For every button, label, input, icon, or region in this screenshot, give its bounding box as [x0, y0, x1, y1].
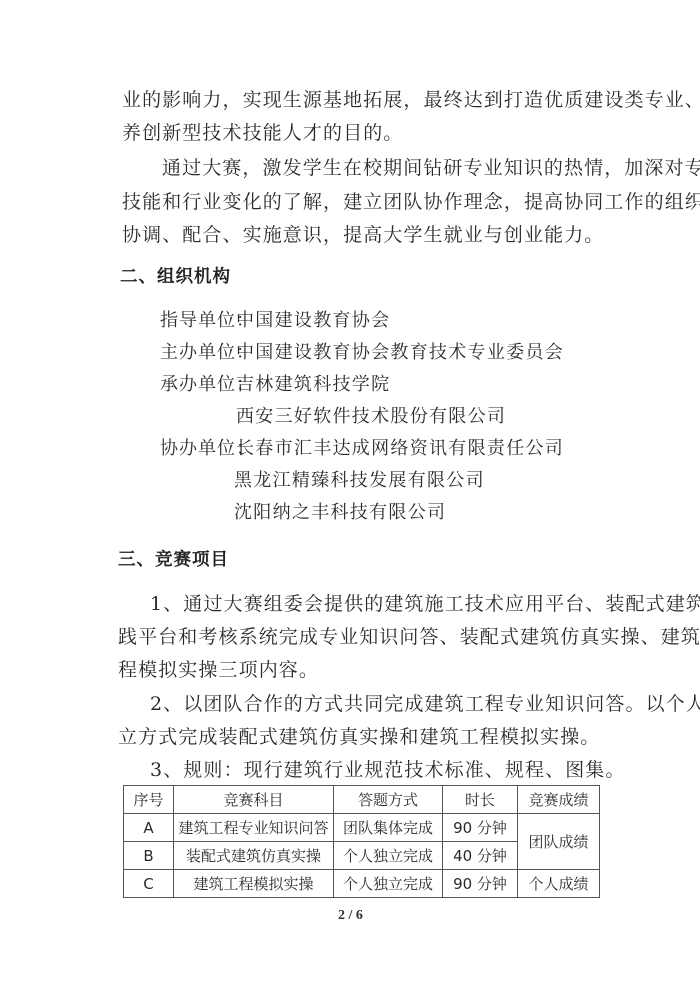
org-value-host: 中国建设教育协会教育技术专业委员会	[236, 341, 564, 365]
body-text-line: 协调、配合、实施意识，提高大学生就业与创业能力。	[122, 223, 604, 247]
org-value-co-organizer: 黑龙江精臻科技发展有限公司	[234, 469, 485, 493]
header-cell-subject: 竞赛科目	[174, 786, 334, 814]
header-cell-duration: 时长	[443, 786, 518, 814]
header-cell-score: 竞赛成绩	[518, 786, 600, 814]
body-text-line: 技能和行业变化的了解，建立团队协作理念，提高协同工作的组织、	[122, 190, 700, 214]
cell-subject: 建筑工程模拟实操	[174, 870, 334, 898]
org-value-organizer: 西安三好软件技术股份有限公司	[236, 405, 506, 429]
cell-score-merged: 团队成绩	[518, 814, 600, 870]
header-cell-index: 序号	[124, 786, 174, 814]
cell-duration: 90 分钟	[443, 814, 518, 842]
org-value-co-organizer: 长春市汇丰达成网络资讯有限责任公司	[236, 437, 564, 461]
page-number: 2 / 6	[338, 908, 363, 924]
body-text-line: 3、规则：现行建筑行业规范技术标准、规程、图集。	[150, 758, 626, 782]
cell-mode: 团队集体完成	[334, 814, 443, 842]
table-header-row: 序号 竞赛科目 答题方式 时长 竞赛成绩	[124, 786, 600, 814]
org-value-co-organizer: 沈阳纳之丰科技有限公司	[234, 501, 446, 525]
table-row: C 建筑工程模拟实操 个人独立完成 90 分钟 个人成绩	[124, 870, 600, 898]
competition-table: 序号 竞赛科目 答题方式 时长 竞赛成绩 A 建筑工程专业知识问答 团队集体完成…	[123, 785, 600, 898]
table-row: A 建筑工程专业知识问答 团队集体完成 90 分钟 团队成绩	[124, 814, 600, 842]
section-heading-competition: 三、竞赛项目	[118, 548, 229, 572]
cell-mode: 个人独立完成	[334, 870, 443, 898]
cell-duration: 40 分钟	[443, 842, 518, 870]
body-text-line: 践平台和考核系统完成专业知识问答、装配式建筑仿真实操、建筑工	[118, 625, 700, 649]
body-text-line: 养创新型技术技能人才的目的。	[122, 121, 403, 145]
section-heading-organization: 二、组织机构	[120, 265, 231, 289]
body-text-line: 业的影响力，实现生源基地拓展，最终达到打造优质建设类专业、培	[122, 88, 700, 112]
org-value-organizer: 吉林建筑科技学院	[236, 373, 390, 397]
org-value-guide: 中国建设教育协会	[236, 309, 390, 333]
body-text-line: 1、通过大赛组委会提供的建筑施工技术应用平台、装配式建筑实	[150, 592, 700, 616]
body-text-line: 立方式完成装配式建筑仿真实操和建筑工程模拟实操。	[118, 725, 600, 749]
body-text-line: 通过大赛，激发学生在校期间钻研专业知识的热情，加深对专业	[162, 156, 700, 180]
cell-subject: 装配式建筑仿真实操	[174, 842, 334, 870]
header-cell-mode: 答题方式	[334, 786, 443, 814]
cell-index: A	[124, 814, 174, 842]
cell-subject: 建筑工程专业知识问答	[174, 814, 334, 842]
cell-index: C	[124, 870, 174, 898]
body-text-line: 2、以团队合作的方式共同完成建筑工程专业知识问答。以个人独	[150, 692, 700, 716]
cell-index: B	[124, 842, 174, 870]
body-text-line: 程模拟实操三项内容。	[118, 658, 319, 682]
cell-duration: 90 分钟	[443, 870, 518, 898]
cell-mode: 个人独立完成	[334, 842, 443, 870]
cell-score: 个人成绩	[518, 870, 600, 898]
